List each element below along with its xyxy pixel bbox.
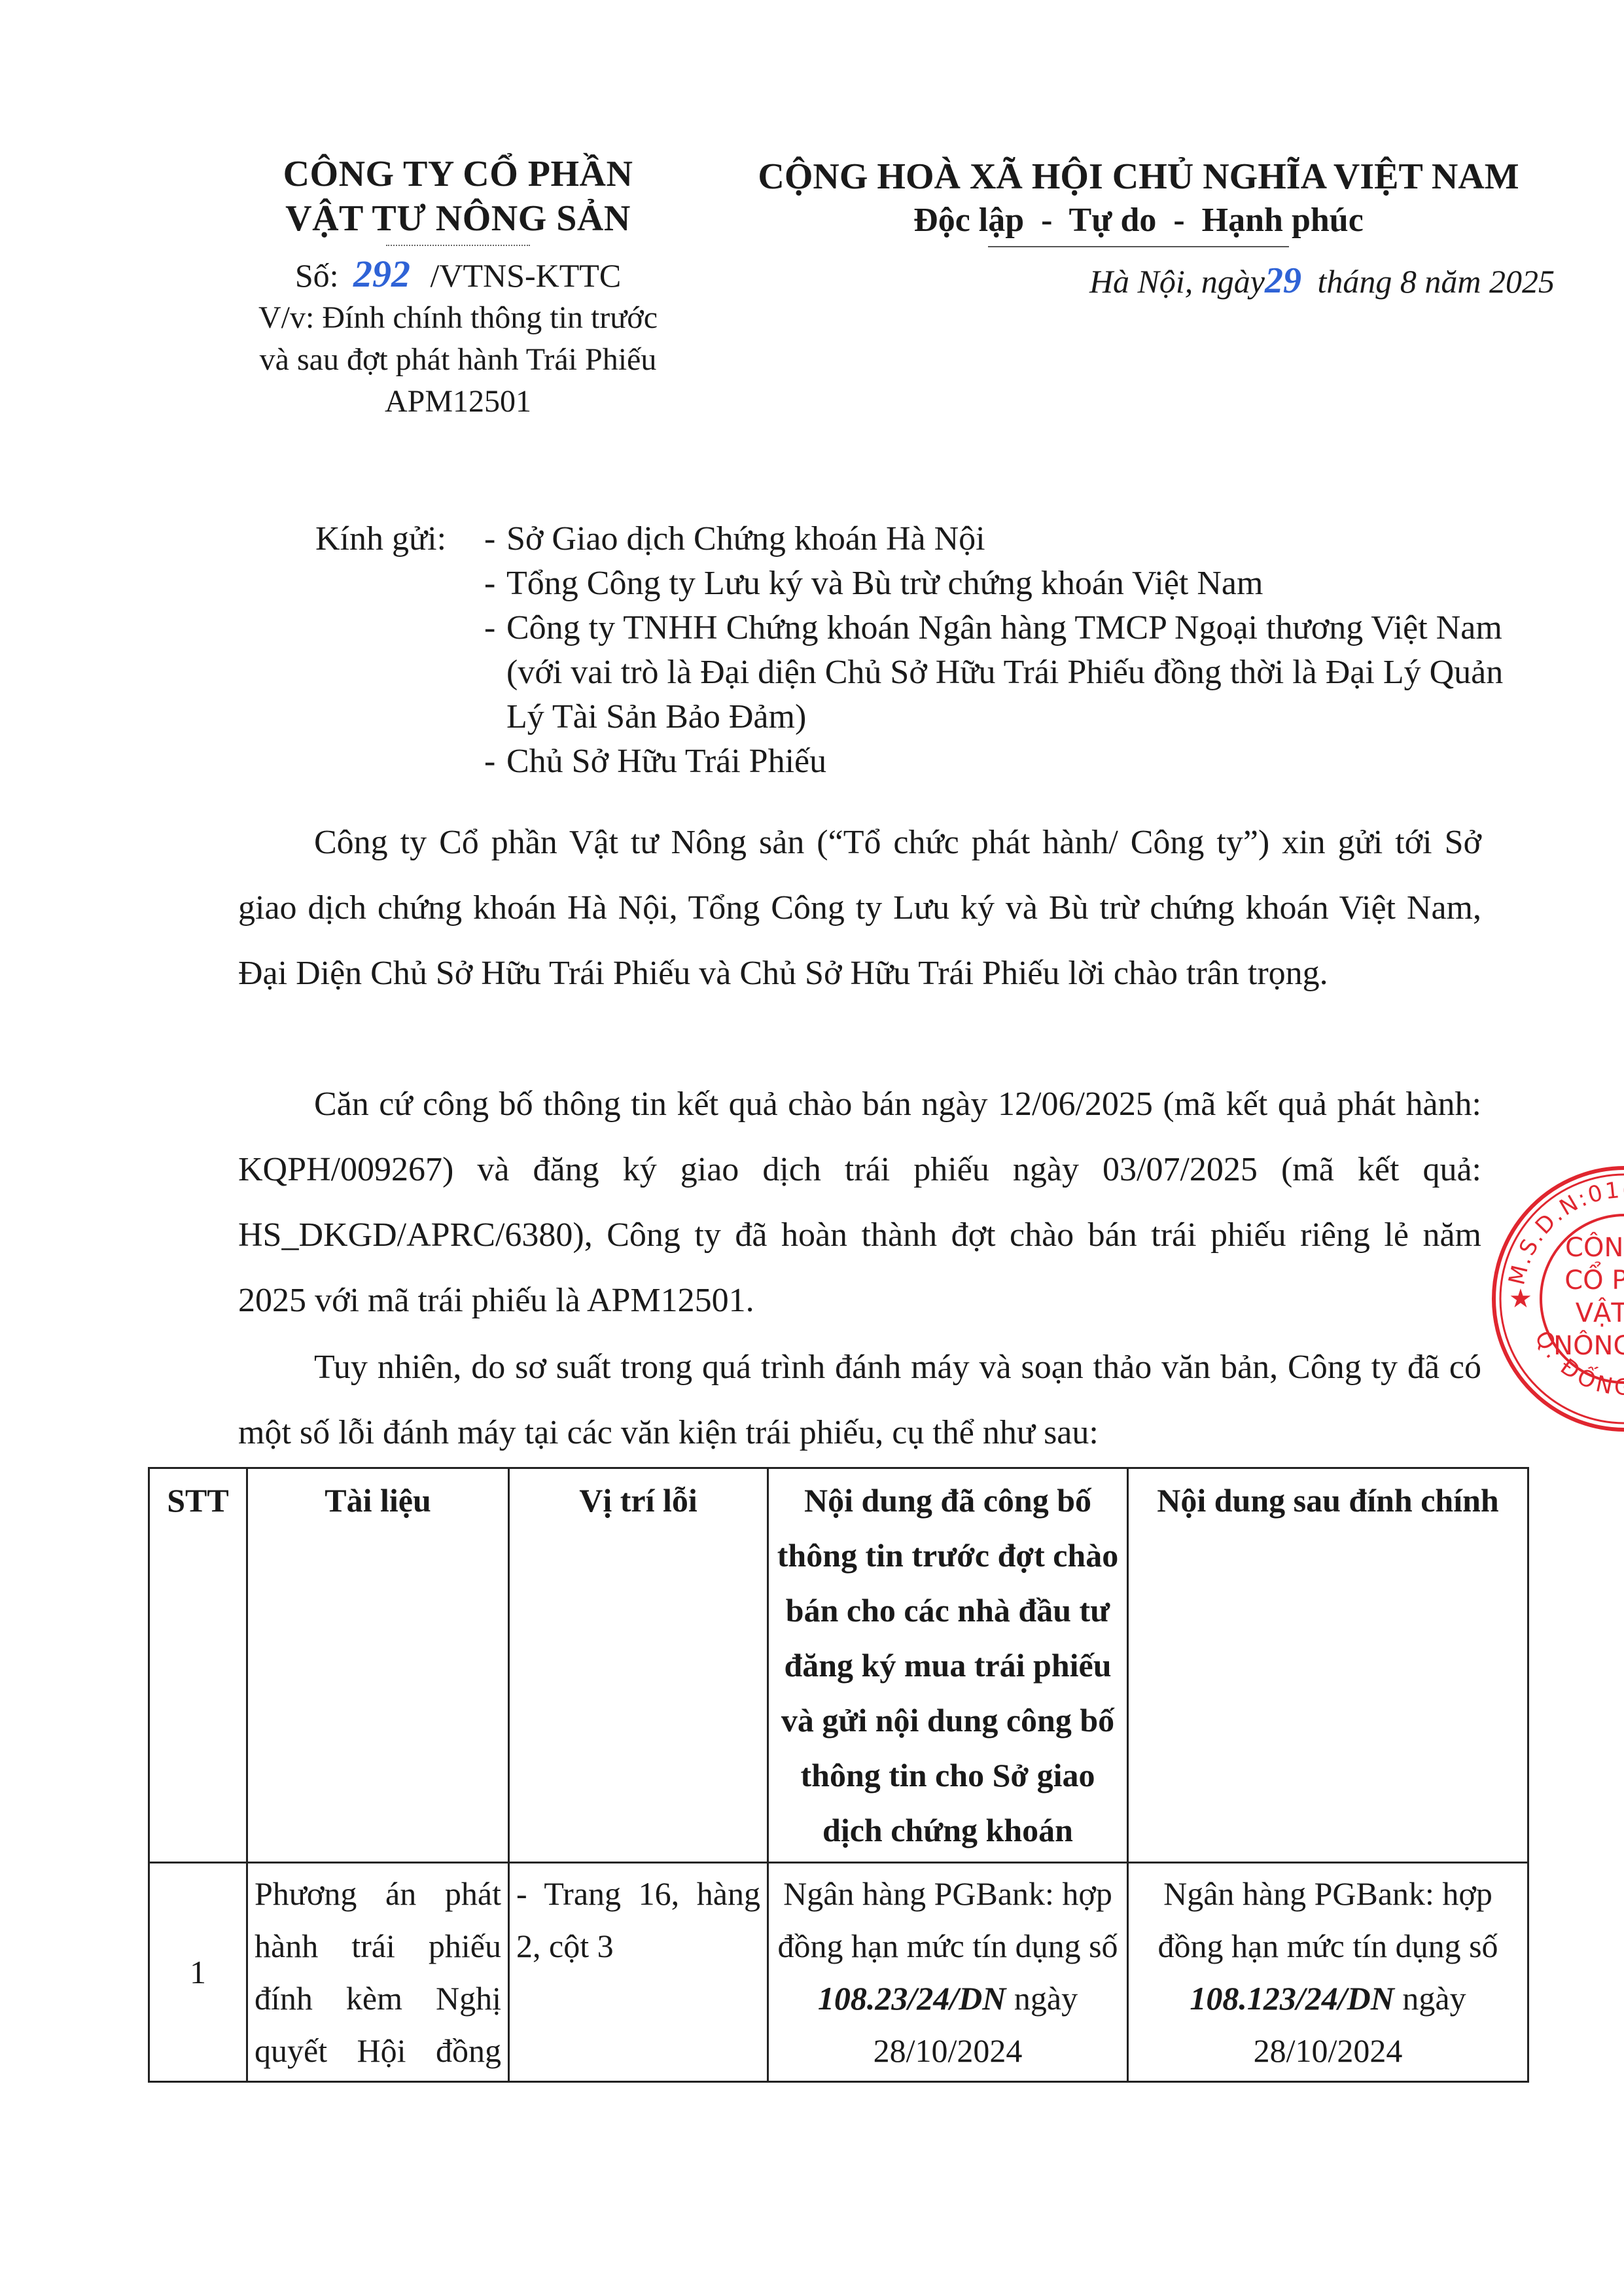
document-number: Số: 292 /VTNS-KTTC bbox=[222, 253, 694, 297]
document-number-suffix: /VTNS-KTTC bbox=[431, 257, 622, 294]
recipients-block: Kính gửi: Sở Giao dịch Chứng khoán Hà Nộ… bbox=[315, 517, 1506, 784]
before-code: 108.23/24/DN bbox=[818, 1980, 1006, 2017]
after-code: 108.123/24/DN bbox=[1190, 1980, 1394, 2017]
document-date: Hà Nội, ngày29 tháng 8 năm 2025 bbox=[720, 259, 1557, 303]
before-prefix: Ngân hàng PGBank: hợp đồng hạn mức tín d… bbox=[777, 1875, 1118, 1964]
recipients-list: Sở Giao dịch Chứng khoán Hà Nội Tổng Côn… bbox=[315, 517, 1506, 784]
subject-line1: V/v: Đính chính thông tin trước bbox=[222, 297, 694, 339]
subject-line2: và sau đợt phát hành Trái Phiếu bbox=[222, 339, 694, 381]
location-text: - Trang 16, hàng 2, cột 3 bbox=[516, 1875, 760, 1964]
cell-before: Ngân hàng PGBank: hợp đồng hạn mức tín d… bbox=[768, 1863, 1128, 2082]
error-intro-paragraph: Tuy nhiên, do sơ suất trong quá trình đá… bbox=[238, 1335, 1481, 1466]
company-name-line1: CÔNG TY CỔ PHẦN bbox=[222, 152, 694, 196]
company-stamp: M.S.D.N:0100100 Q. ĐỐNG ĐA ★ CÔNG TY CỔ … bbox=[1484, 1158, 1624, 1439]
col-header-after: Nội dung sau đính chính bbox=[1128, 1468, 1528, 1863]
recipient-item: Công ty TNHH Chứng khoán Ngân hàng TMCP … bbox=[484, 606, 1506, 739]
cell-stt: 1 bbox=[149, 1863, 247, 2082]
nation-title: CỘNG HOÀ XÃ HỘI CHỦ NGHĨA VIỆT NAM bbox=[720, 154, 1557, 199]
stamp-center-line: NÔNG SẢN bbox=[1553, 1328, 1624, 1361]
subject-line3: APM12501 bbox=[222, 381, 694, 423]
svg-text:★: ★ bbox=[1509, 1284, 1532, 1314]
cell-after: Ngân hàng PGBank: hợp đồng hạn mức tín d… bbox=[1128, 1863, 1528, 2082]
recipients-label: Kính gửi: bbox=[315, 517, 446, 561]
document-number-prefix: Số: bbox=[295, 257, 339, 294]
divider bbox=[988, 246, 1289, 247]
stamp-seal-icon: M.S.D.N:0100100 Q. ĐỐNG ĐA ★ CÔNG TY CỔ … bbox=[1484, 1158, 1624, 1439]
table-row: 1 Phương án phát hành trái phiếu đính kè… bbox=[149, 1863, 1528, 2082]
stamp-center-line: CÔNG TY bbox=[1565, 1231, 1624, 1263]
table-header-row: STT Tài liệu Vị trí lỗi Nội dung đã công… bbox=[149, 1468, 1528, 1863]
cell-document: Phương án phát hành trái phiếu đính kèm … bbox=[247, 1863, 509, 2082]
date-day-handwritten: 29 bbox=[1265, 260, 1301, 301]
col-header-document: Tài liệu bbox=[247, 1468, 509, 1863]
company-name-line2: VẬT TƯ NÔNG SẢN bbox=[222, 196, 694, 241]
stamp-center-line: CỔ PHẦN bbox=[1564, 1261, 1624, 1296]
national-motto: Độc lập - Tự do - Hạnh phúc bbox=[720, 199, 1557, 242]
col-header-location: Vị trí lỗi bbox=[509, 1468, 768, 1863]
national-header: CỘNG HOÀ XÃ HỘI CHỦ NGHĨA VIỆT NAM Độc l… bbox=[720, 154, 1557, 303]
date-prefix: Hà Nội, ngày bbox=[1089, 263, 1265, 300]
issuer-block: CÔNG TY CỔ PHẦN VẬT TƯ NÔNG SẢN Số: 292 … bbox=[222, 152, 694, 423]
cell-location: - Trang 16, hàng 2, cột 3 bbox=[509, 1863, 768, 2082]
greeting-paragraph: Công ty Cổ phần Vật tư Nông sản (“Tổ chứ… bbox=[238, 810, 1481, 1006]
after-prefix: Ngân hàng PGBank: hợp đồng hạn mức tín d… bbox=[1157, 1875, 1498, 1964]
col-header-stt: STT bbox=[149, 1468, 247, 1863]
divider bbox=[386, 245, 530, 246]
document-number-handwritten: 292 bbox=[353, 253, 410, 295]
col-header-before: Nội dung đã công bố thông tin trước đợt … bbox=[768, 1468, 1128, 1863]
date-suffix: tháng 8 năm 2025 bbox=[1318, 263, 1555, 300]
correction-table: STT Tài liệu Vị trí lỗi Nội dung đã công… bbox=[148, 1467, 1529, 2083]
recipient-item: Sở Giao dịch Chứng khoán Hà Nội bbox=[484, 517, 1506, 561]
basis-paragraph: Căn cứ công bố thông tin kết quả chào bá… bbox=[238, 1072, 1481, 1333]
stamp-center-line: VẬT TƯ bbox=[1576, 1297, 1624, 1328]
recipient-item: Tổng Công ty Lưu ký và Bù trừ chứng khoá… bbox=[484, 561, 1506, 606]
recipient-item: Chủ Sở Hữu Trái Phiếu bbox=[484, 739, 1506, 784]
